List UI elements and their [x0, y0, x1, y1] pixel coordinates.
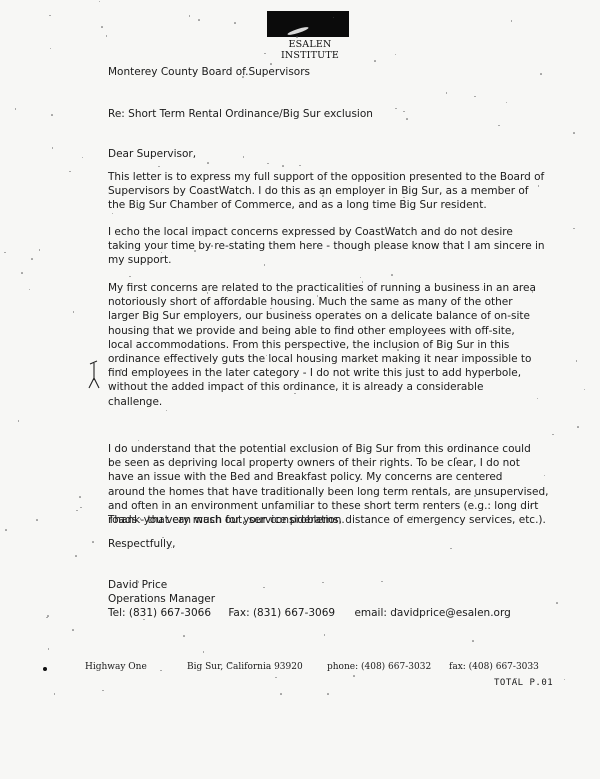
- paragraph-support: This letter is to express my full suppor…: [108, 170, 544, 213]
- paragraph-line: My first concerns are related to the pra…: [108, 281, 536, 295]
- handwritten-margin-mark-icon: [87, 360, 101, 390]
- organization-name: ESALEN INSTITUTE: [265, 39, 355, 61]
- signer-fax: Fax: (831) 667-3069: [228, 606, 335, 620]
- logo-streak: [287, 26, 309, 37]
- footer-street: Highway One: [85, 662, 147, 672]
- signer-title: Operations Manager: [108, 592, 511, 606]
- paragraph-line: challenge.: [108, 395, 536, 409]
- paragraph-concerns: My first concerns are related to the pra…: [108, 281, 536, 409]
- paragraph-line: ordinance effectively guts the local hou…: [108, 352, 536, 366]
- paragraph-line: my support.: [108, 253, 545, 267]
- paragraph-line: notoriously short of affordable housing.…: [108, 295, 536, 309]
- salutation: Dear Supervisor,: [108, 147, 196, 161]
- esalen-logo-icon: [267, 11, 349, 37]
- paragraph-line: be seen as depriving local property owne…: [108, 456, 548, 470]
- footer-phone: phone: (408) 667-3032: [327, 662, 431, 672]
- footer-bullet-icon: [43, 667, 47, 671]
- paragraph-line: This letter is to express my full suppor…: [108, 170, 544, 184]
- paragraph-line: and often in an environment unfamiliar t…: [108, 499, 548, 513]
- contact-row: Tel: (831) 667-3066 Fax: (831) 667-3069 …: [108, 606, 511, 620]
- paragraph-line: I do understand that the potential exclu…: [108, 442, 548, 456]
- signer-email[interactable]: email: davidprice@esalen.org: [354, 606, 510, 620]
- paragraph-line: local accommodations. From this perspect…: [108, 338, 536, 352]
- signature-block: David Price Operations Manager Tel: (831…: [108, 578, 511, 621]
- paragraph-line: housing that we provide and being able t…: [108, 324, 536, 338]
- footer-fax: fax: (408) 667-3033: [449, 662, 539, 672]
- paragraph-line: without the added impact of this ordinan…: [108, 380, 536, 394]
- paragraph-echo: I echo the local impact concerns express…: [108, 225, 545, 268]
- footer-city: Big Sur, California 93920: [187, 662, 303, 672]
- paragraph-line: taking your time by re-stating them here…: [108, 239, 545, 253]
- paragraph-line: larger Big Sur employers, our business o…: [108, 309, 536, 323]
- paragraph-line: I echo the local impact concerns express…: [108, 225, 545, 239]
- recipient: Monterey County Board of.Supervisors: [108, 65, 310, 79]
- fax-page-stamp: TOTAL P.01: [494, 678, 553, 688]
- signer-name: David Price: [108, 578, 511, 592]
- letter-page: ESALEN INSTITUTE Monterey County Board o…: [0, 0, 600, 779]
- subject-line: Re: Short Term Rental Ordinance/Big Sur …: [108, 107, 373, 121]
- paragraph-line: find employees in the later category - I…: [108, 366, 536, 380]
- paragraph-line: Supervisors by CoastWatch. I do this as …: [108, 184, 544, 198]
- paragraph-line: the Big Sur Chamber of Commerce, and as …: [108, 198, 544, 212]
- paragraph-line: have an issue with the Bed and Breakfast…: [108, 470, 548, 484]
- signer-tel: Tel: (831) 667-3066: [108, 606, 211, 620]
- thanks-line: Thank you very much for your considerati…: [108, 513, 345, 527]
- closing: Respectfully,: [108, 537, 176, 551]
- paragraph-line: around the homes that have traditionally…: [108, 485, 548, 499]
